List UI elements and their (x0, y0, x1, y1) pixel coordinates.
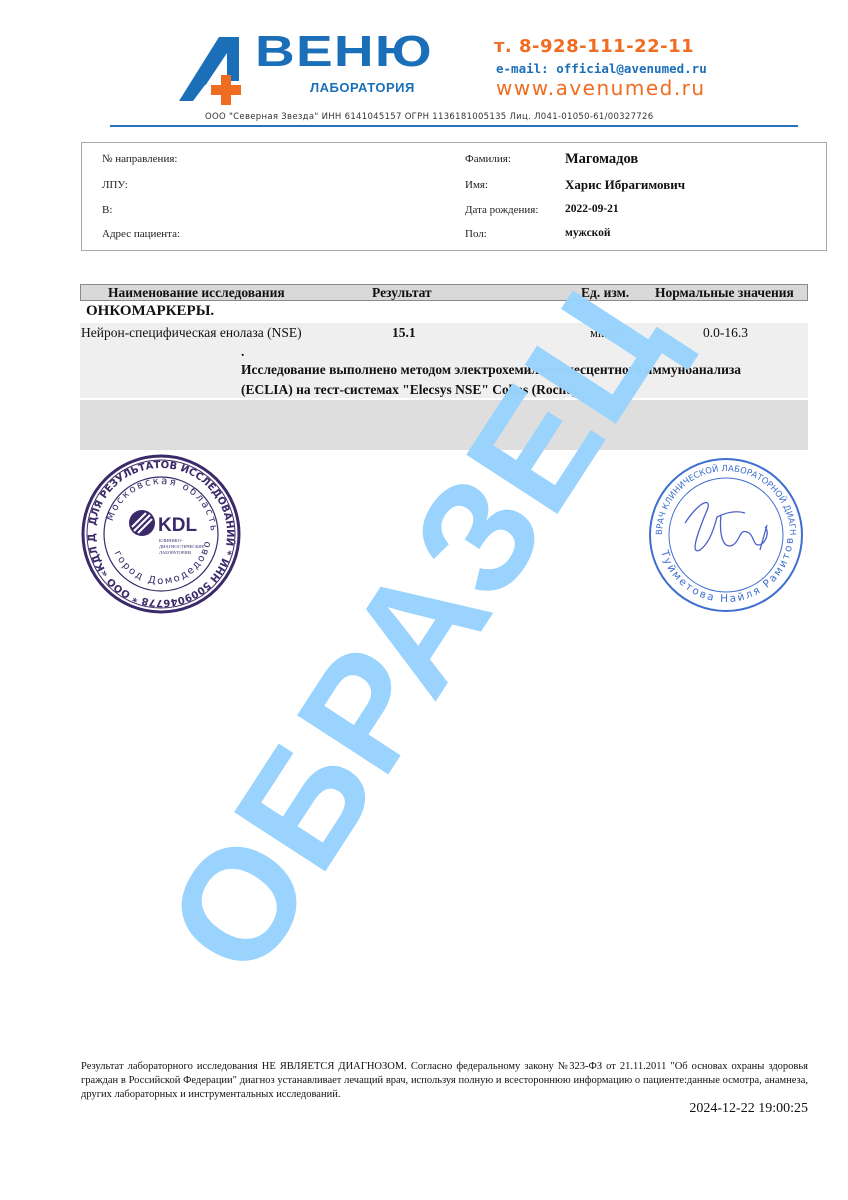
referral-no-label: № направления: (102, 153, 177, 165)
sex-value: мужской (565, 227, 611, 239)
report-timestamp: 2024-12-22 19:00:25 (689, 1101, 808, 1117)
surname-value: Магомадов (565, 151, 638, 168)
section-title: ОНКОМАРКЕРЫ. (86, 303, 214, 320)
header-divider (110, 125, 798, 127)
col-reference: Нормальные значения (655, 285, 794, 301)
method-note-line2: (ECLIA) на тест-системах "Elecsys NSE" C… (241, 380, 577, 400)
org-requisites: ООО "Северная Звезда" ИНН 6141045157 ОГР… (205, 112, 653, 122)
svg-text:ДИАГНОСТИЧЕСКИЕ: ДИАГНОСТИЧЕСКИЕ (159, 544, 205, 549)
letterhead: ВЕНЮ ЛАБОРАТОРИЯ т. 8-928-111-22-11 e-ma… (110, 28, 800, 128)
table-row-blank (80, 400, 808, 450)
doctor-stamp-signature: ВРАЧ КЛИНИЧЕСКОЙ ЛАБОРАТОРНОЙ ДИАГНОСТИК… (645, 455, 808, 615)
lpu-label: ЛПУ: (102, 179, 128, 191)
test-name: Нейрон-специфическая енолаза (NSE) (81, 325, 302, 341)
seal-logo-text: KDL (158, 515, 197, 536)
col-unit: Ед. изм. (581, 285, 629, 301)
a-plus-cross-logo-icon (175, 35, 255, 105)
b-label: В: (102, 204, 112, 216)
brand-subtitle: ЛАБОРАТОРИЯ (310, 80, 415, 95)
signature-icon (685, 503, 767, 551)
contact-phone: т. 8-928-111-22-11 (494, 36, 694, 57)
note-dot: . (241, 342, 244, 362)
kdl-logo-icon (129, 510, 155, 536)
col-result: Результат (372, 285, 432, 301)
col-test-name: Наименование исследования (108, 285, 285, 301)
surname-label: Фамилия: (465, 153, 511, 165)
lab-seal-stamp: ДЛЯ РЕЗУЛЬТАТОВ ИССЛЕДОВАНИЙ * ИНН 50090… (80, 453, 242, 615)
results-table-header: Наименование исследования Результат Ед. … (80, 284, 808, 301)
patient-info-box: № направления: ЛПУ: В: Адрес пациента: Ф… (81, 142, 827, 251)
address-label: Адрес пациента: (102, 228, 180, 240)
dob-label: Дата рождения: (465, 204, 538, 216)
contact-email: e-mail: official@avenumed.ru (496, 61, 707, 76)
test-unit: мкг/л (590, 326, 619, 341)
name-label: Имя: (465, 179, 488, 191)
name-value: Харис Ибрагимович (565, 177, 685, 193)
legal-disclaimer: Результат лабораторного исследования НЕ … (81, 1060, 808, 1102)
svg-text:КЛИНИКО-: КЛИНИКО- (159, 538, 183, 543)
test-result: 15.1 (392, 325, 416, 341)
svg-text:ЛАБОРАТОРИИ: ЛАБОРАТОРИИ (159, 550, 192, 555)
dob-value: 2022-09-21 (565, 203, 619, 215)
brand-name: ВЕНЮ (255, 30, 433, 74)
sex-label: Пол: (465, 228, 487, 240)
method-note-line1: Исследование выполнено методом электрохе… (241, 360, 741, 380)
test-reference: 0.0-16.3 (703, 325, 748, 341)
contact-website: www.avenumed.ru (496, 76, 706, 100)
